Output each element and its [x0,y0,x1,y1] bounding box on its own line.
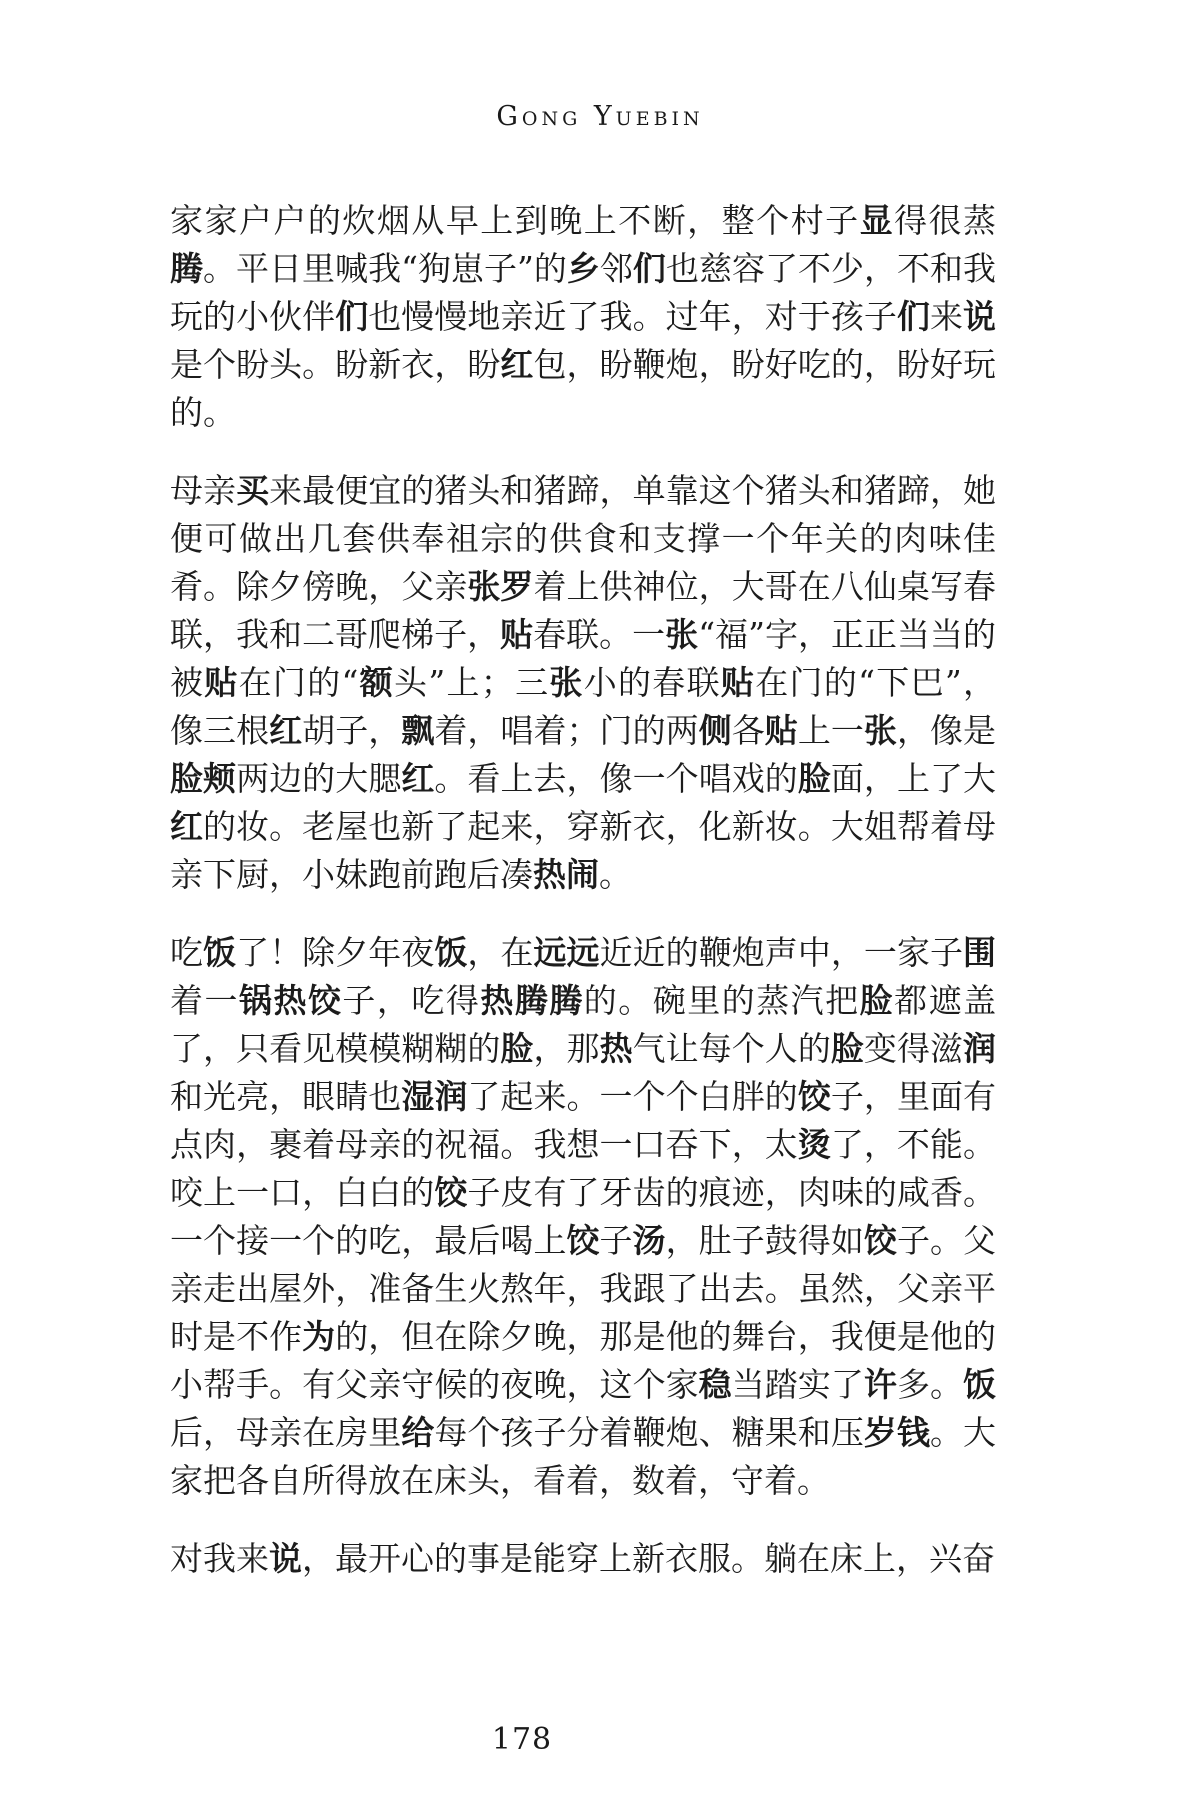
paragraph-3: 吃饭了！除夕年夜饭，在远远近近的鞭炮声中，一家子围着一锅热饺子，吃得热腾腾的。碗… [170,929,996,1505]
page-body: 家家户户的炊烟从早上到晚上不断，整个村子显得很蒸腾。平日里喊我“狗崽子”的乡邻们… [170,197,996,1613]
paragraph-1: 家家户户的炊烟从早上到晚上不断，整个村子显得很蒸腾。平日里喊我“狗崽子”的乡邻们… [170,197,996,437]
paragraph-4: 对我来说，最开心的事是能穿上新衣服。躺在床上，兴奋 [170,1535,996,1583]
paragraph-2: 母亲买来最便宜的猪头和猪蹄，单靠这个猪头和猪蹄，她便可做出几套供奉祖宗的供食和支… [170,467,996,899]
page-number: 178 [492,1722,552,1757]
running-header-author: Gong Yuebin [0,101,1200,132]
